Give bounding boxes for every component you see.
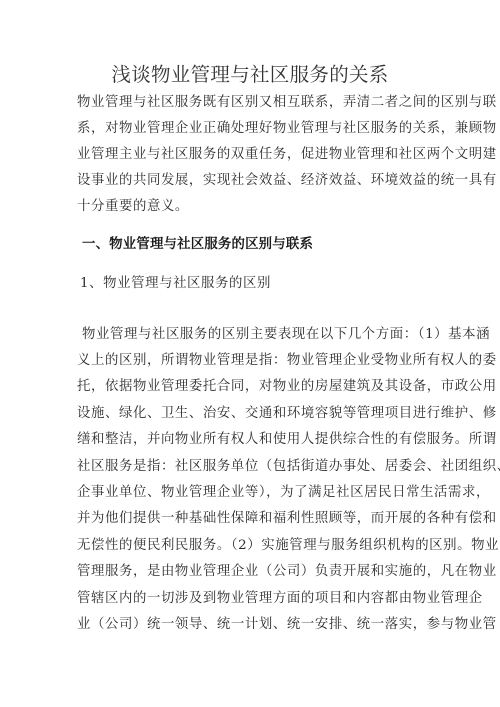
paragraph-line: 管辖区内的一切涉及到物业管理方面的项目和内容都由物业管理企: [77, 586, 437, 612]
paragraph-line: 企事业单位、物业管理企业等），为了满足社区居民日常生活需求，: [77, 480, 437, 506]
paragraph-line: 义上的区别，所谓物业管理是指：物业管理企业受物业所有权人的委: [77, 348, 437, 374]
paragraph-line: 业（公司）统一领导、统一计划、统一安排、统一落实，参与物业管: [77, 612, 437, 638]
paragraph-line: 缮和整洁，并向物业所有权人和使用人提供综合性的有偿服务。所谓: [77, 427, 437, 453]
intro-line: 十分重要的意义。: [77, 194, 437, 220]
document-title: 浅谈物业管理与社区服务的关系: [0, 62, 500, 88]
intro-line: 设事业的共同发展，实现社会效益、经济效益、环境效益的统一具有: [77, 168, 437, 194]
subsection-heading: 1、物业管理与社区服务的区别: [80, 271, 271, 297]
intro-line: 系，对物业管理企业正确处理好物业管理与社区服务的关系，兼顾物: [77, 116, 437, 142]
paragraph-line: 管理服务，是由物业管理企业（公司）负责开展和实施的，凡在物业: [77, 559, 437, 585]
intro-line: 物业管理与社区服务既有区别又相互联系，弄清二者之间的区别与联: [77, 90, 437, 116]
paragraph-line: 设施、绿化、卫生、治安、交通和环境容貌等管理项目进行维护、修: [77, 401, 437, 427]
paragraph-line: 社区服务是指：社区服务单位（包括街道办事处、居委会、社团组织、: [77, 454, 437, 480]
document-page: 浅谈物业管理与社区服务的关系 物业管理与社区服务既有区别又相互联系，弄清二者之间…: [0, 0, 500, 707]
section-heading: 一、物业管理与社区服务的区别与联系: [82, 232, 313, 258]
intro-line: 业管理主业与社区服务的双重任务，促进物业管理和社区两个文明建: [77, 142, 437, 168]
paragraph-line: 托，依据物业管理委托合同，对物业的房屋建筑及其设备，市政公用: [77, 374, 437, 400]
paragraph-line: 物业管理与社区服务的区别主要表现在以下几个方面：（1）基本涵: [82, 322, 442, 348]
paragraph-line: 无偿性的便民利民服务。（2）实施管理与服务组织机构的区别。物业: [77, 533, 437, 559]
paragraph-line: 并为他们提供一种基础性保障和福利性照顾等，而开展的各种有偿和: [77, 506, 437, 532]
